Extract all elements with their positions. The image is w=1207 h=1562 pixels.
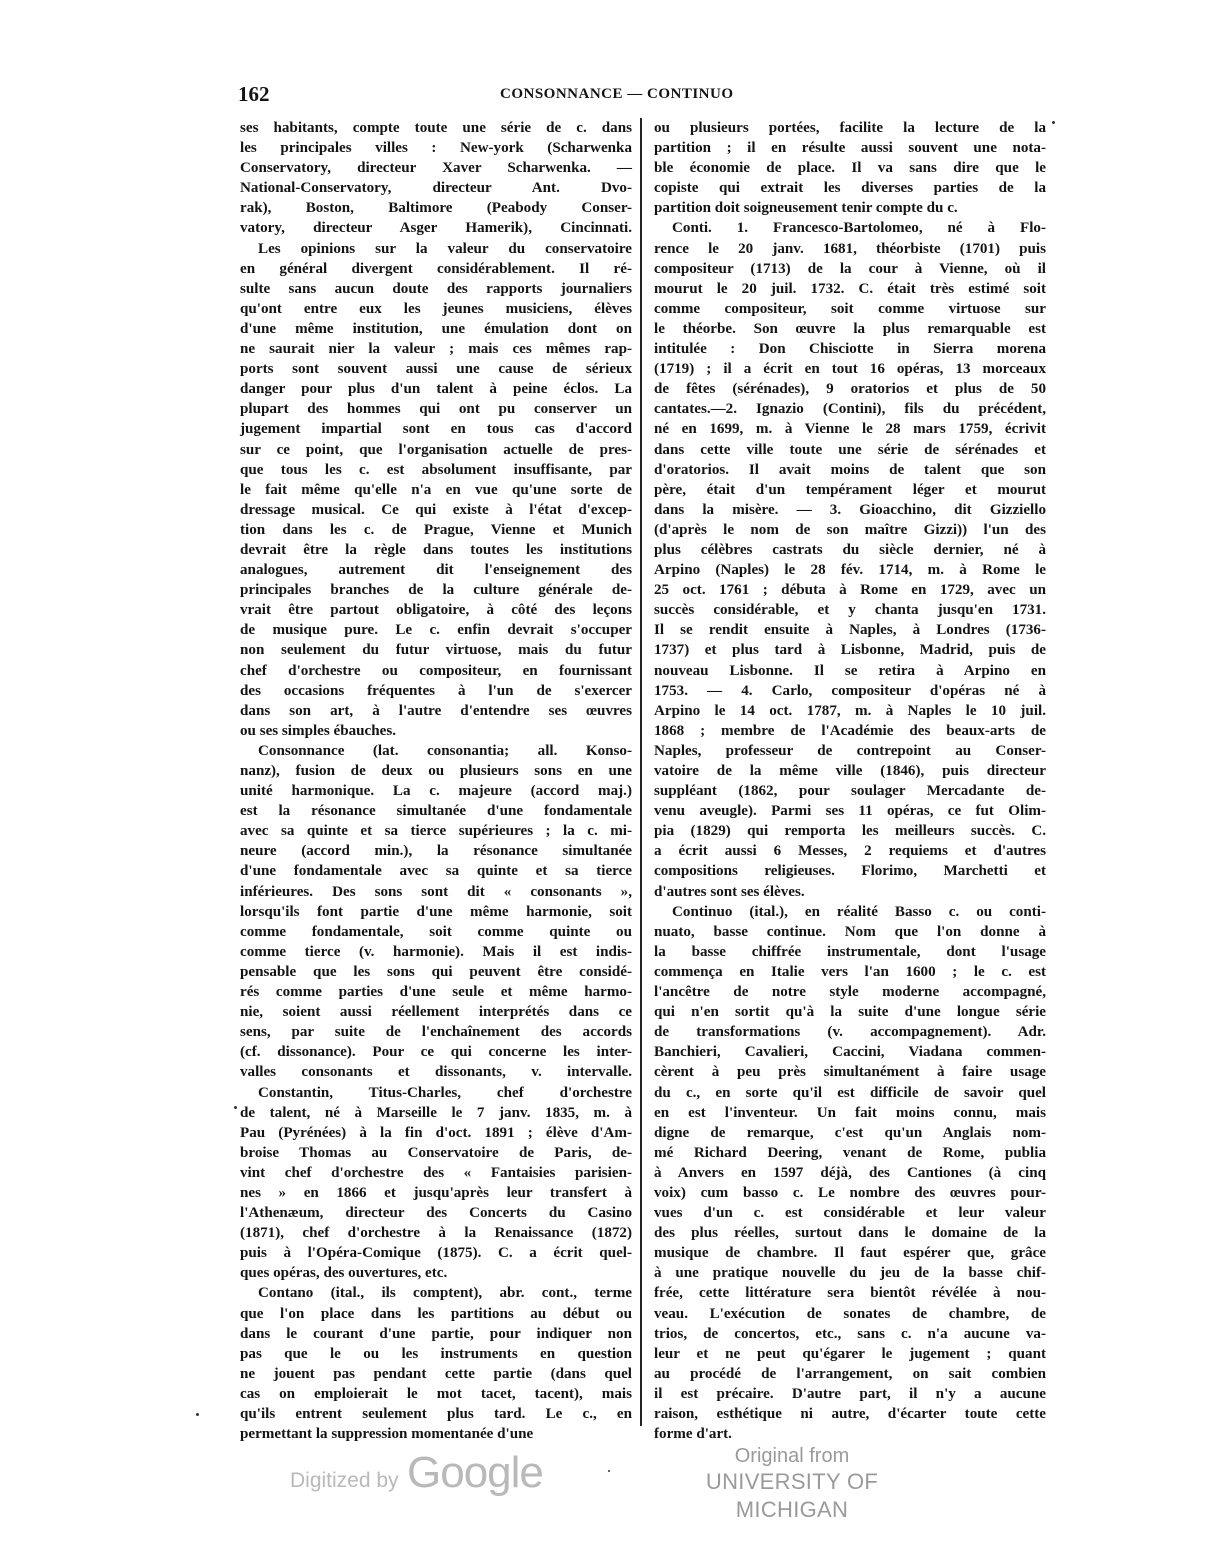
text-line: frée, cette littérature sera bientôt rév… <box>654 1283 1046 1303</box>
text-line: à Anvers en 1597 déjà, des Cantiones (à … <box>654 1163 1046 1183</box>
text-line: (1719) ; il a écrit en tout 16 opéras, 1… <box>654 359 1046 379</box>
right-column: ou plusieurs portées, facilite la lectur… <box>654 118 1046 1444</box>
text-line: devrait être la règle dans toutes les in… <box>240 540 632 560</box>
text-line: de fêtes (sérénades), 9 oratorios et plu… <box>654 379 1046 399</box>
text-line: le théorbe. Son œuvre la plus remarquabl… <box>654 319 1046 339</box>
text-line: de transformations (v. accompagnement). … <box>654 1022 1046 1042</box>
text-line: 1868 ; membre de l'Académie des beaux-ar… <box>654 721 1046 741</box>
text-line: veau. L'exécution de sonates de chambre,… <box>654 1304 1046 1324</box>
text-line: en est l'inventeur. Un fait moins connu,… <box>654 1103 1046 1123</box>
text-line: dans son art, à l'autre d'entendre ses œ… <box>240 701 632 721</box>
original-from-label: Original from <box>668 1444 916 1468</box>
text-line: ne jouent pas pendant cette partie (dans… <box>240 1364 632 1384</box>
text-line: né en 1699, m. à Vienne le 28 mars 1759,… <box>654 419 1046 439</box>
text-line: National-Conservatory, directeur Ant. Dv… <box>240 178 632 198</box>
scan-speck <box>234 1106 237 1109</box>
text-line: compositeur (1713) de la cour à Vienne, … <box>654 259 1046 279</box>
text-line: que l'on place dans les partitions au dé… <box>240 1304 632 1324</box>
text-line: d'autres sont ses élèves. <box>654 882 1046 902</box>
text-line: unité harmonique. La c. majeure (accord … <box>240 781 632 801</box>
text-line: dressage musical. Ce qui existe à l'état… <box>240 500 632 520</box>
text-line: ques opéras, des ouvertures, etc. <box>240 1263 632 1283</box>
text-line: digne de remarque, c'est qu'un Anglais n… <box>654 1123 1046 1143</box>
text-line: rence le 20 janv. 1681, théorbiste (1701… <box>654 239 1046 259</box>
text-line: sens, par suite de l'enchaînement des ac… <box>240 1022 632 1042</box>
text-line: trios, de concertos, etc., sans c. n'a a… <box>654 1324 1046 1344</box>
text-line: nuato, basse continue. Nom que l'on donn… <box>654 922 1046 942</box>
text-line: qui n'en sortit qu'à la suite d'une long… <box>654 1002 1046 1022</box>
page-number: 162 <box>238 82 270 107</box>
text-line: partition ; il en résulte aussi souvent … <box>654 138 1046 158</box>
text-line: Banchieri, Cavalieri, Caccini, Viadana c… <box>654 1042 1046 1062</box>
watermark-footer: Digitized by Google Original from UNIVER… <box>0 1440 1207 1510</box>
text-line: rak), Boston, Baltimore (Peabody Conser- <box>240 198 632 218</box>
text-line: la basse chiffrée instrumentale, dont l'… <box>654 942 1046 962</box>
text-line: lorsqu'ils font partie d'une même harmon… <box>240 902 632 922</box>
text-line: musique de chambre. Il faut espérer que,… <box>654 1243 1046 1263</box>
text-line: ble économie de place. Il va sans dire q… <box>654 158 1046 178</box>
page-header: 162 CONSONNANCE — CONTINUO <box>238 82 1068 110</box>
text-line: voix) cum basso c. Le nombre des œuvres … <box>654 1183 1046 1203</box>
text-line: qu'ont entre eux les jeunes musiciens, é… <box>240 299 632 319</box>
text-line: sulte sans aucun doute des rapports jour… <box>240 279 632 299</box>
text-line: le fait même qu'elle n'a en vue qu'une s… <box>240 480 632 500</box>
text-line: nie, soient aussi réellement interprétés… <box>240 1002 632 1022</box>
text-line: raison, esthétique ni autre, d'écarter t… <box>654 1404 1046 1424</box>
text-line: ne saurait nier la valeur ; mais ces mêm… <box>240 339 632 359</box>
text-line: Conti. 1. Francesco-Bartolomeo, né à Flo… <box>654 218 1046 238</box>
scan-speck <box>1052 121 1055 124</box>
text-line: intitulée : Don Chisciotte in Sierra mor… <box>654 339 1046 359</box>
text-line: du c., en sorte qu'il est difficile de s… <box>654 1083 1046 1103</box>
text-line: de talent, né à Marseille le 7 janv. 183… <box>240 1103 632 1123</box>
text-line: Les opinions sur la valeur du conservato… <box>240 239 632 259</box>
text-line: mourut le 20 juil. 1732. C. était très e… <box>654 279 1046 299</box>
text-line: vatoire de la même ville (1846), puis di… <box>654 761 1046 781</box>
text-line: comme fondamentale, soit comme quinte ou <box>240 922 632 942</box>
text-line: ports sont souvent aussi une cause de sé… <box>240 359 632 379</box>
text-line: au procédé de l'arrangement, on sait com… <box>654 1364 1046 1384</box>
text-line: partition doit soigneusement tenir compt… <box>654 198 1046 218</box>
text-line: a écrit aussi 6 Messes, 2 requiems et d'… <box>654 841 1046 861</box>
text-line: il est précaire. D'autre part, il n'y a … <box>654 1384 1046 1404</box>
left-column: ses habitants, compte toute une série de… <box>240 118 632 1444</box>
text-line: comme compositeur, soit comme virtuose s… <box>654 299 1046 319</box>
text-line: Il se rendit ensuite à Naples, à Londres… <box>654 620 1046 640</box>
google-logo-text: Google <box>407 1448 543 1497</box>
text-line: ou ses simples ébauches. <box>240 721 632 741</box>
text-line: ses habitants, compte toute une série de… <box>240 118 632 138</box>
text-line: valles consonants et dissonants, v. inte… <box>240 1062 632 1082</box>
text-line: vatory, directeur Asger Hamerik), Cincin… <box>240 218 632 238</box>
text-line: copiste qui extrait les diverses parties… <box>654 178 1046 198</box>
text-line: l'Athenæum, directeur des Concerts du Ca… <box>240 1203 632 1223</box>
text-line: dans le courant d'une partie, pour indiq… <box>240 1324 632 1344</box>
text-line: nes » en 1866 et jusqu'après leur transf… <box>240 1183 632 1203</box>
text-line: pia (1829) qui remporta les meilleurs su… <box>654 821 1046 841</box>
text-line: inférieures. Des sons sont dit « consona… <box>240 882 632 902</box>
text-line: vrait être partout obligatoire, à côté d… <box>240 600 632 620</box>
text-line: cantates.—2. Ignazio (Contini), fils du … <box>654 399 1046 419</box>
scan-speck <box>196 1413 199 1416</box>
text-line: broise Thomas au Conservatoire de Paris,… <box>240 1143 632 1163</box>
text-line: plus célèbres castrats du siècle dernier… <box>654 540 1046 560</box>
text-line: (d'après le nom de son maître Gizzi)) l'… <box>654 520 1046 540</box>
text-line: chef d'orchestre ou compositeur, en four… <box>240 661 632 681</box>
running-head: CONSONNANCE — CONTINUO <box>500 86 734 103</box>
text-line: Constantin, Titus-Charles, chef d'orches… <box>240 1083 632 1103</box>
text-line: les principales villes : New-york (Schar… <box>240 138 632 158</box>
text-line: pensable que les sons qui peuvent être c… <box>240 962 632 982</box>
text-line: Continuo (ital.), en réalité Basso c. ou… <box>654 902 1046 922</box>
text-line: dans cette ville toute une série de séré… <box>654 440 1046 460</box>
text-line: jugement impartial sont en tous cas d'ac… <box>240 419 632 439</box>
text-line: commença en Italie vers l'an 1600 ; le c… <box>654 962 1046 982</box>
text-line: sur ce point, que l'organisation actuell… <box>240 440 632 460</box>
text-line: (cf. dissonance). Pour ce qui concerne l… <box>240 1042 632 1062</box>
text-line: plupart des hommes qui ont pu conserver … <box>240 399 632 419</box>
text-line: non seulement du futur virtuose, mais du… <box>240 640 632 660</box>
text-line: père, était d'un tempérament léger et mo… <box>654 480 1046 500</box>
text-line: vint chef d'orchestre des « Fantaisies p… <box>240 1163 632 1183</box>
text-line: (1871), chef d'orchestre à la Renaissanc… <box>240 1223 632 1243</box>
text-line: cèrent à peu près simultanément à faire … <box>654 1062 1046 1082</box>
text-line: leur et ne peut qu'égarer le jugement ; … <box>654 1344 1046 1364</box>
text-line: d'une même institution, une émulation do… <box>240 319 632 339</box>
text-line: pas que le ou les instruments en questio… <box>240 1344 632 1364</box>
text-line: vues d'un c. est considérable et leur va… <box>654 1203 1046 1223</box>
text-line: nouveau Lisbonne. Il se retira à Arpino … <box>654 661 1046 681</box>
text-line: Naples, professeur de contrepoint au Con… <box>654 741 1046 761</box>
text-line: cas on emploierait le mot tacet, tacent)… <box>240 1384 632 1404</box>
text-line: Arpino (Naples) le 28 fév. 1714, m. à Ro… <box>654 560 1046 580</box>
text-line: à une pratique nouvelle du jeu de la bas… <box>654 1263 1046 1283</box>
text-line: d'oratorios. Il avait moins de talent qu… <box>654 460 1046 480</box>
original-from-credit: Original from UNIVERSITY OF MICHIGAN <box>668 1444 916 1524</box>
university-name: UNIVERSITY OF MICHIGAN <box>668 1468 916 1524</box>
text-line: des plus réelles, surtout dans le domain… <box>654 1223 1046 1243</box>
text-line: puis à l'Opéra-Comique (1875). C. a écri… <box>240 1243 632 1263</box>
text-line: l'ancêtre de notre style moderne accompa… <box>654 982 1046 1002</box>
text-line: Consonnance (lat. consonantia; all. Kons… <box>240 741 632 761</box>
text-line: avec sa quinte et sa tierce supérieures … <box>240 821 632 841</box>
column-divider <box>640 118 642 1426</box>
text-line: danger pour plus d'un talent à peine écl… <box>240 379 632 399</box>
text-line: mé Richard Deering, venant de Rome, publ… <box>654 1143 1046 1163</box>
text-line: des occasions fréquentes à l'un de s'exe… <box>240 681 632 701</box>
text-line: dans la misère. — 3. Gioacchino, dit Giz… <box>654 500 1046 520</box>
text-line: de musique pure. Le c. enfin devrait s'o… <box>240 620 632 640</box>
text-line: Contano (ital., ils comptent), abr. cont… <box>240 1283 632 1303</box>
text-line: ou plusieurs portées, facilite la lectur… <box>654 118 1046 138</box>
text-line: 1753. — 4. Carlo, compositeur d'opéras n… <box>654 681 1046 701</box>
text-line: 25 oct. 1761 ; débuta à Rome en 1729, av… <box>654 580 1046 600</box>
scanned-page: 162 CONSONNANCE — CONTINUO ses habitants… <box>0 0 1207 1562</box>
text-line: suppléant (1862, pour soulager Mercadant… <box>654 781 1046 801</box>
text-line: analogues, autrement dit l'enseignement … <box>240 560 632 580</box>
text-line: nanz), fusion de deux ou plusieurs sons … <box>240 761 632 781</box>
text-line: Arpino le 14 oct. 1787, m. à Naples le 1… <box>654 701 1046 721</box>
text-line: neure (accord min.), la résonance simult… <box>240 841 632 861</box>
text-line: rés comme parties d'une seule et même ha… <box>240 982 632 1002</box>
text-line: Pau (Pyrénées) à la fin d'oct. 1891 ; él… <box>240 1123 632 1143</box>
text-line: tion dans les c. de Prague, Vienne et Mu… <box>240 520 632 540</box>
text-line: compositions religieuses. Florimo, March… <box>654 861 1046 881</box>
text-line: qu'ils entrent seulement plus tard. Le c… <box>240 1404 632 1424</box>
digitized-prefix: Digitized by <box>290 1469 399 1492</box>
text-line: succès considérable, et y chanta jusqu'e… <box>654 600 1046 620</box>
text-line: comme tierce (v. harmonie). Mais il est … <box>240 942 632 962</box>
text-line: principales branches de la culture génér… <box>240 580 632 600</box>
text-line: Conservatory, directeur Xaver Scharwenka… <box>240 158 632 178</box>
text-line: en général divergent considérablement. I… <box>240 259 632 279</box>
text-line: que tous les c. est absolument insuffisa… <box>240 460 632 480</box>
digitized-by-google: Digitized by Google <box>290 1448 543 1498</box>
text-line: 1737) et plus tard à Lisbonne, Madrid, p… <box>654 640 1046 660</box>
text-line: est la résonance simultanée d'une fondam… <box>240 801 632 821</box>
text-line: venu aveugle). Parmi ses 11 opéras, ce f… <box>654 801 1046 821</box>
text-line: d'une fondamentale avec sa quinte et sa … <box>240 861 632 881</box>
